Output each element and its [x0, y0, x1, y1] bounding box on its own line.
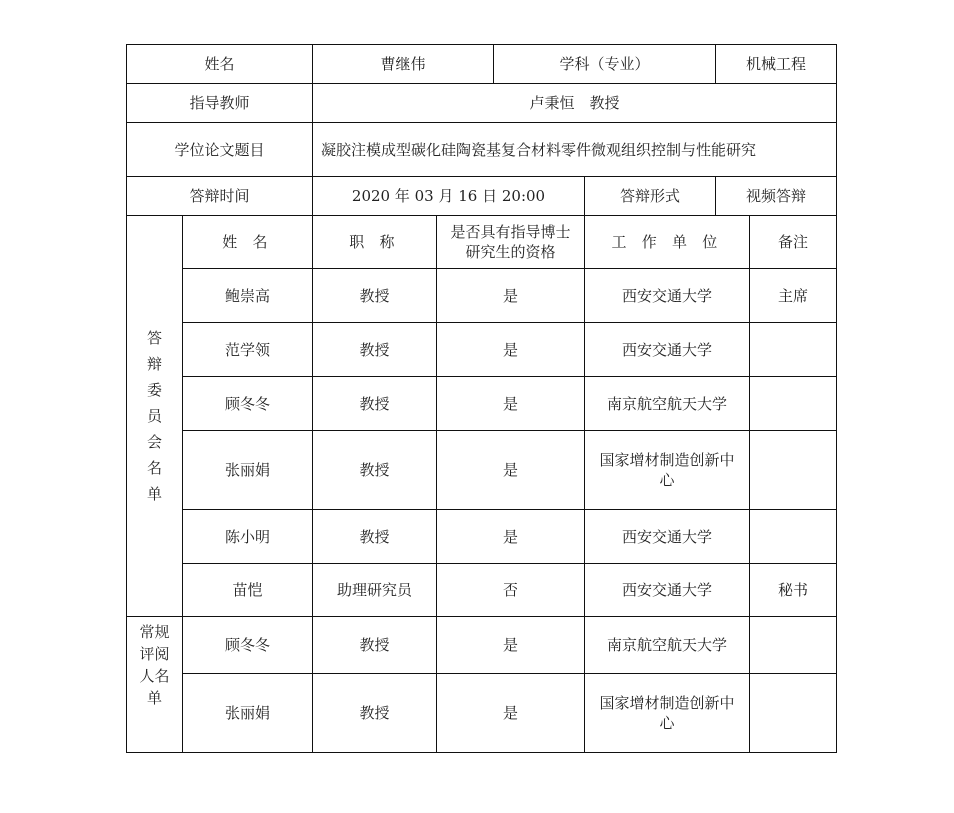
reviewers-section-text: 常规评阅人名单: [140, 621, 170, 709]
defense-time-label: 答辩时间: [127, 177, 313, 216]
defense-time-value: 2020 年 03 月 16 日 20:00: [313, 177, 585, 216]
col-header-unit: 工 作 单 位: [585, 216, 750, 269]
member-note: 主席: [750, 269, 837, 323]
member-note: [750, 377, 837, 431]
table-row: 张丽娟 教授 是 国家增材制造创新中心: [127, 674, 837, 753]
member-note: 秘书: [750, 564, 837, 617]
defense-form-label: 答辩形式: [585, 177, 716, 216]
reviewer-name: 张丽娟: [183, 674, 313, 753]
defense-info-table: 姓名 曹继伟 学科（专业） 机械工程 指导教师 卢秉恒 教授 学位论文题目 凝胶…: [126, 44, 837, 753]
member-qualified: 是: [437, 377, 585, 431]
table-row: 张丽娟 教授 是 国家增材制造创新中心: [127, 431, 837, 510]
member-name: 陈小明: [183, 510, 313, 564]
committee-section-text: 答辩委员会名单: [147, 325, 162, 507]
advisor-value: 卢秉恒 教授: [313, 84, 837, 123]
member-qualified: 否: [437, 564, 585, 617]
member-note: [750, 431, 837, 510]
table-row: 鲍崇高 教授 是 西安交通大学 主席: [127, 269, 837, 323]
name-label: 姓名: [127, 45, 313, 84]
member-qualified: 是: [437, 269, 585, 323]
member-note: [750, 510, 837, 564]
table-row: 范学领 教授 是 西安交通大学: [127, 323, 837, 377]
committee-header-row: 答辩委员会名单 姓 名 职 称 是否具有指导博士研究生的资格 工 作 单 位 备…: [127, 216, 837, 269]
table-row: 陈小明 教授 是 西安交通大学: [127, 510, 837, 564]
member-qualified: 是: [437, 431, 585, 510]
discipline-value: 机械工程: [716, 45, 837, 84]
member-unit: 南京航空航天大学: [585, 377, 750, 431]
member-unit: 国家增材制造创新中心: [585, 431, 750, 510]
name-value: 曹继伟: [313, 45, 494, 84]
reviewer-title: 教授: [313, 617, 437, 674]
member-title: 教授: [313, 431, 437, 510]
defense-time-row: 答辩时间 2020 年 03 月 16 日 20:00 答辩形式 视频答辩: [127, 177, 837, 216]
member-name: 范学领: [183, 323, 313, 377]
table-row: 苗恺 助理研究员 否 西安交通大学 秘书: [127, 564, 837, 617]
member-name: 苗恺: [183, 564, 313, 617]
reviewer-name: 顾冬冬: [183, 617, 313, 674]
advisor-label: 指导教师: [127, 84, 313, 123]
member-qualified: 是: [437, 510, 585, 564]
reviewer-title: 教授: [313, 674, 437, 753]
thesis-title: 凝胶注模成型碳化硅陶瓷基复合材料零件微观组织控制与性能研究: [313, 123, 837, 177]
advisor-row: 指导教师 卢秉恒 教授: [127, 84, 837, 123]
member-unit: 西安交通大学: [585, 269, 750, 323]
reviewer-unit: 国家增材制造创新中心: [585, 674, 750, 753]
col-header-name: 姓 名: [183, 216, 313, 269]
member-name: 顾冬冬: [183, 377, 313, 431]
member-name: 张丽娟: [183, 431, 313, 510]
table-row: 常规评阅人名单 顾冬冬 教授 是 南京航空航天大学: [127, 617, 837, 674]
member-name: 鲍崇高: [183, 269, 313, 323]
reviewer-note: [750, 674, 837, 753]
thesis-label: 学位论文题目: [127, 123, 313, 177]
member-note: [750, 323, 837, 377]
thesis-row: 学位论文题目 凝胶注模成型碳化硅陶瓷基复合材料零件微观组织控制与性能研究: [127, 123, 837, 177]
name-row: 姓名 曹继伟 学科（专业） 机械工程: [127, 45, 837, 84]
member-title: 教授: [313, 377, 437, 431]
col-header-note: 备注: [750, 216, 837, 269]
reviewers-section-label: 常规评阅人名单: [127, 617, 183, 753]
defense-form-value: 视频答辩: [716, 177, 837, 216]
reviewer-note: [750, 617, 837, 674]
col-header-qualified: 是否具有指导博士研究生的资格: [437, 216, 585, 269]
member-title: 助理研究员: [313, 564, 437, 617]
member-qualified: 是: [437, 323, 585, 377]
col-header-title: 职 称: [313, 216, 437, 269]
table-row: 顾冬冬 教授 是 南京航空航天大学: [127, 377, 837, 431]
member-title: 教授: [313, 323, 437, 377]
reviewer-qualified: 是: [437, 674, 585, 753]
reviewer-unit: 南京航空航天大学: [585, 617, 750, 674]
committee-section-label: 答辩委员会名单: [127, 216, 183, 617]
member-title: 教授: [313, 269, 437, 323]
member-unit: 西安交通大学: [585, 323, 750, 377]
reviewer-qualified: 是: [437, 617, 585, 674]
discipline-label: 学科（专业）: [494, 45, 716, 84]
member-unit: 西安交通大学: [585, 510, 750, 564]
member-title: 教授: [313, 510, 437, 564]
member-unit: 西安交通大学: [585, 564, 750, 617]
